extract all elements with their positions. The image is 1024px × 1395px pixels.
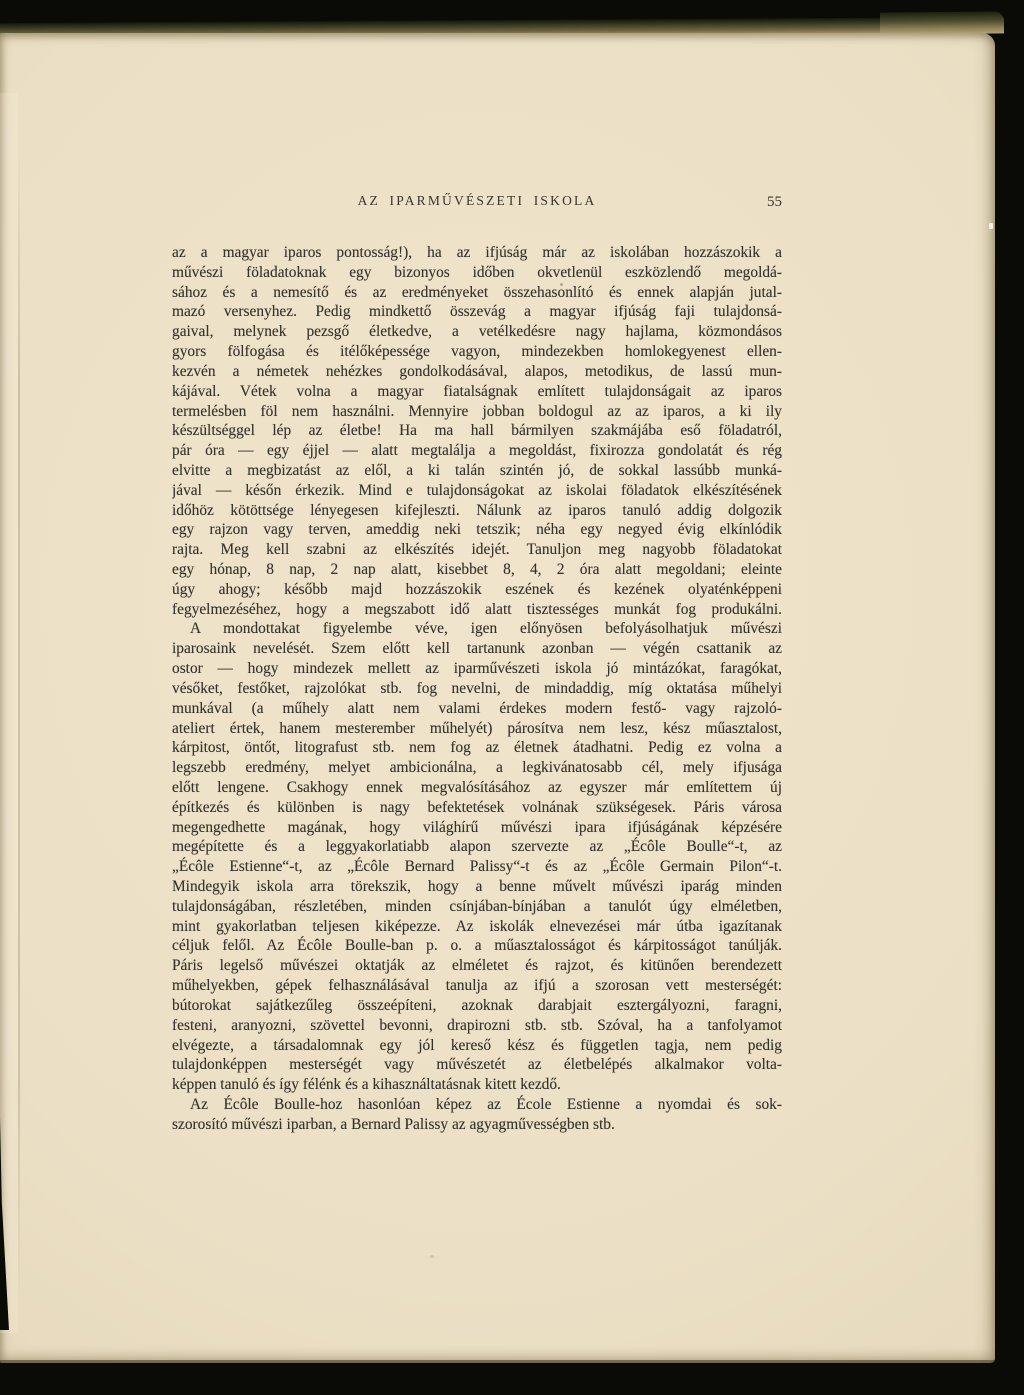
text-line: képpen tanuló és így félénk és a kihaszn… (172, 1075, 782, 1095)
text-line: „Écôle Estienne“-t, az „Écôle Bernard Pa… (172, 857, 782, 877)
text-line: bútorokat sajátkezűleg összeépíteni, azo… (172, 996, 782, 1016)
text-line: elvitte a megbizatást az elől, a ki talá… (172, 461, 782, 481)
text-line: az a magyar iparos pontosság!), ha az if… (172, 243, 782, 263)
page-header: AZ IPARMŰVÉSZETI ISKOLA 55 (172, 193, 782, 213)
text-line: tulajdonságában, részletében, minden csí… (172, 897, 782, 917)
text-line: megengedhette magának, hogy világhírű mű… (172, 818, 782, 838)
text-line: mazó versenyhez. Pedig mindkettő összevá… (172, 302, 782, 322)
text-line: ostor — hogy mindezek mellett az iparműv… (172, 659, 782, 679)
text-line: kárpitost, öntőt, litografust stb. nem f… (172, 738, 782, 758)
text-line: szorosító művészi iparban, a Bernard Pal… (172, 1115, 782, 1135)
text-line: legszebb eredmény, melyet ambicionálna, … (172, 758, 782, 778)
text-line: fegyelmezéséhez, hogy a megszabott idő a… (172, 600, 782, 620)
text-line: műhelyekben, gépek felhasználásával tanu… (172, 976, 782, 996)
text-line: Az Écôle Boulle-hoz hasonlóan képez az É… (172, 1095, 782, 1115)
text-line: pár óra — egy éjjel — alatt megtalálja a… (172, 441, 782, 461)
edge-speck (989, 223, 993, 229)
text-line: vésőket, festőket, rajzolókat stb. fog n… (172, 679, 782, 699)
text-line: időhöz kötöttsége lényegesen kifejleszti… (172, 501, 782, 521)
book-pages-edge-corner (880, 11, 1004, 34)
running-title: AZ IPARMŰVÉSZETI ISKOLA (172, 193, 782, 209)
text-line: céljuk felől. Az Écôle Boulle-ban p. o. … (172, 936, 782, 956)
text-line: rajta. Meg kell szabni az elkészítés ide… (172, 540, 782, 560)
text-line: megépítette és a leggyakorlatiabb alapon… (172, 837, 782, 857)
book-page: AZ IPARMŰVÉSZETI ISKOLA 55 az a magyar i… (0, 33, 995, 1363)
underpage-strip (0, 93, 18, 1333)
text-line: elvégezte, a társadalomnak egy jól keres… (172, 1036, 782, 1056)
text-line: munkával (a műhely alatt nem valami érde… (172, 699, 782, 719)
text-line: termelésben föl nem használni. Mennyire … (172, 402, 782, 422)
text-line: kájával. Vétek volna a magyar fiatalságn… (172, 382, 782, 402)
text-line: építkezés és különben is nagy befektetés… (172, 798, 782, 818)
text-line: egy rajzon vagy terven, ameddig neki tet… (172, 520, 782, 540)
speck (560, 283, 563, 286)
text-line: ateliert értek, hanem mesterember műhely… (172, 719, 782, 739)
text-line: Mindegyik iskola arra törekszik, hogy a … (172, 877, 782, 897)
underpage-edge (18, 143, 20, 1313)
text-line: kezvén a németek nehézkes gondolkodásáva… (172, 362, 782, 382)
text-line: előtt lengene. Csakhogy ennek megvalósít… (172, 778, 782, 798)
text-line: sához és a nemesítő és az eredményeket ö… (172, 283, 782, 303)
text-line: festeni, aranyozni, szövettel bevonni, d… (172, 1016, 782, 1036)
text-line: jával — későn érkezik. Mind e tulajdonsá… (172, 481, 782, 501)
text-line: Páris legelső művészei oktatják az elmél… (172, 956, 782, 976)
text-line: művészi föladatoknak egy bizonyos időben… (172, 263, 782, 283)
text-line: egy hónap, 8 nap, 2 nap alatt, kisebbet … (172, 560, 782, 580)
text-line: gaival, melynek pezsgő életkedve, a veté… (172, 322, 782, 342)
page-bottom-edge (0, 1360, 995, 1363)
book-page-scan: AZ IPARMŰVÉSZETI ISKOLA 55 az a magyar i… (0, 0, 1024, 1395)
text-line: tulajdonképpen mesterségét vagy művészet… (172, 1055, 782, 1075)
text-line: mint gyakorlatban teljesen kiképezze. Az… (172, 917, 782, 937)
body-text: az a magyar iparos pontosság!), ha az if… (172, 243, 782, 1135)
text-line: A mondottakat figyelembe véve, igen előn… (172, 619, 782, 639)
text-line: gyors fölfogása és itélőképessége vagyon… (172, 342, 782, 362)
text-line: úgy ahogy; később majd hozzászokik eszén… (172, 580, 782, 600)
page-number: 55 (767, 194, 782, 211)
text-line: készültséggel lép az életbe! Ha ma hall … (172, 421, 782, 441)
speck (430, 1255, 434, 1258)
text-line: iparosaink nevelését. Szem előtt kell ta… (172, 639, 782, 659)
